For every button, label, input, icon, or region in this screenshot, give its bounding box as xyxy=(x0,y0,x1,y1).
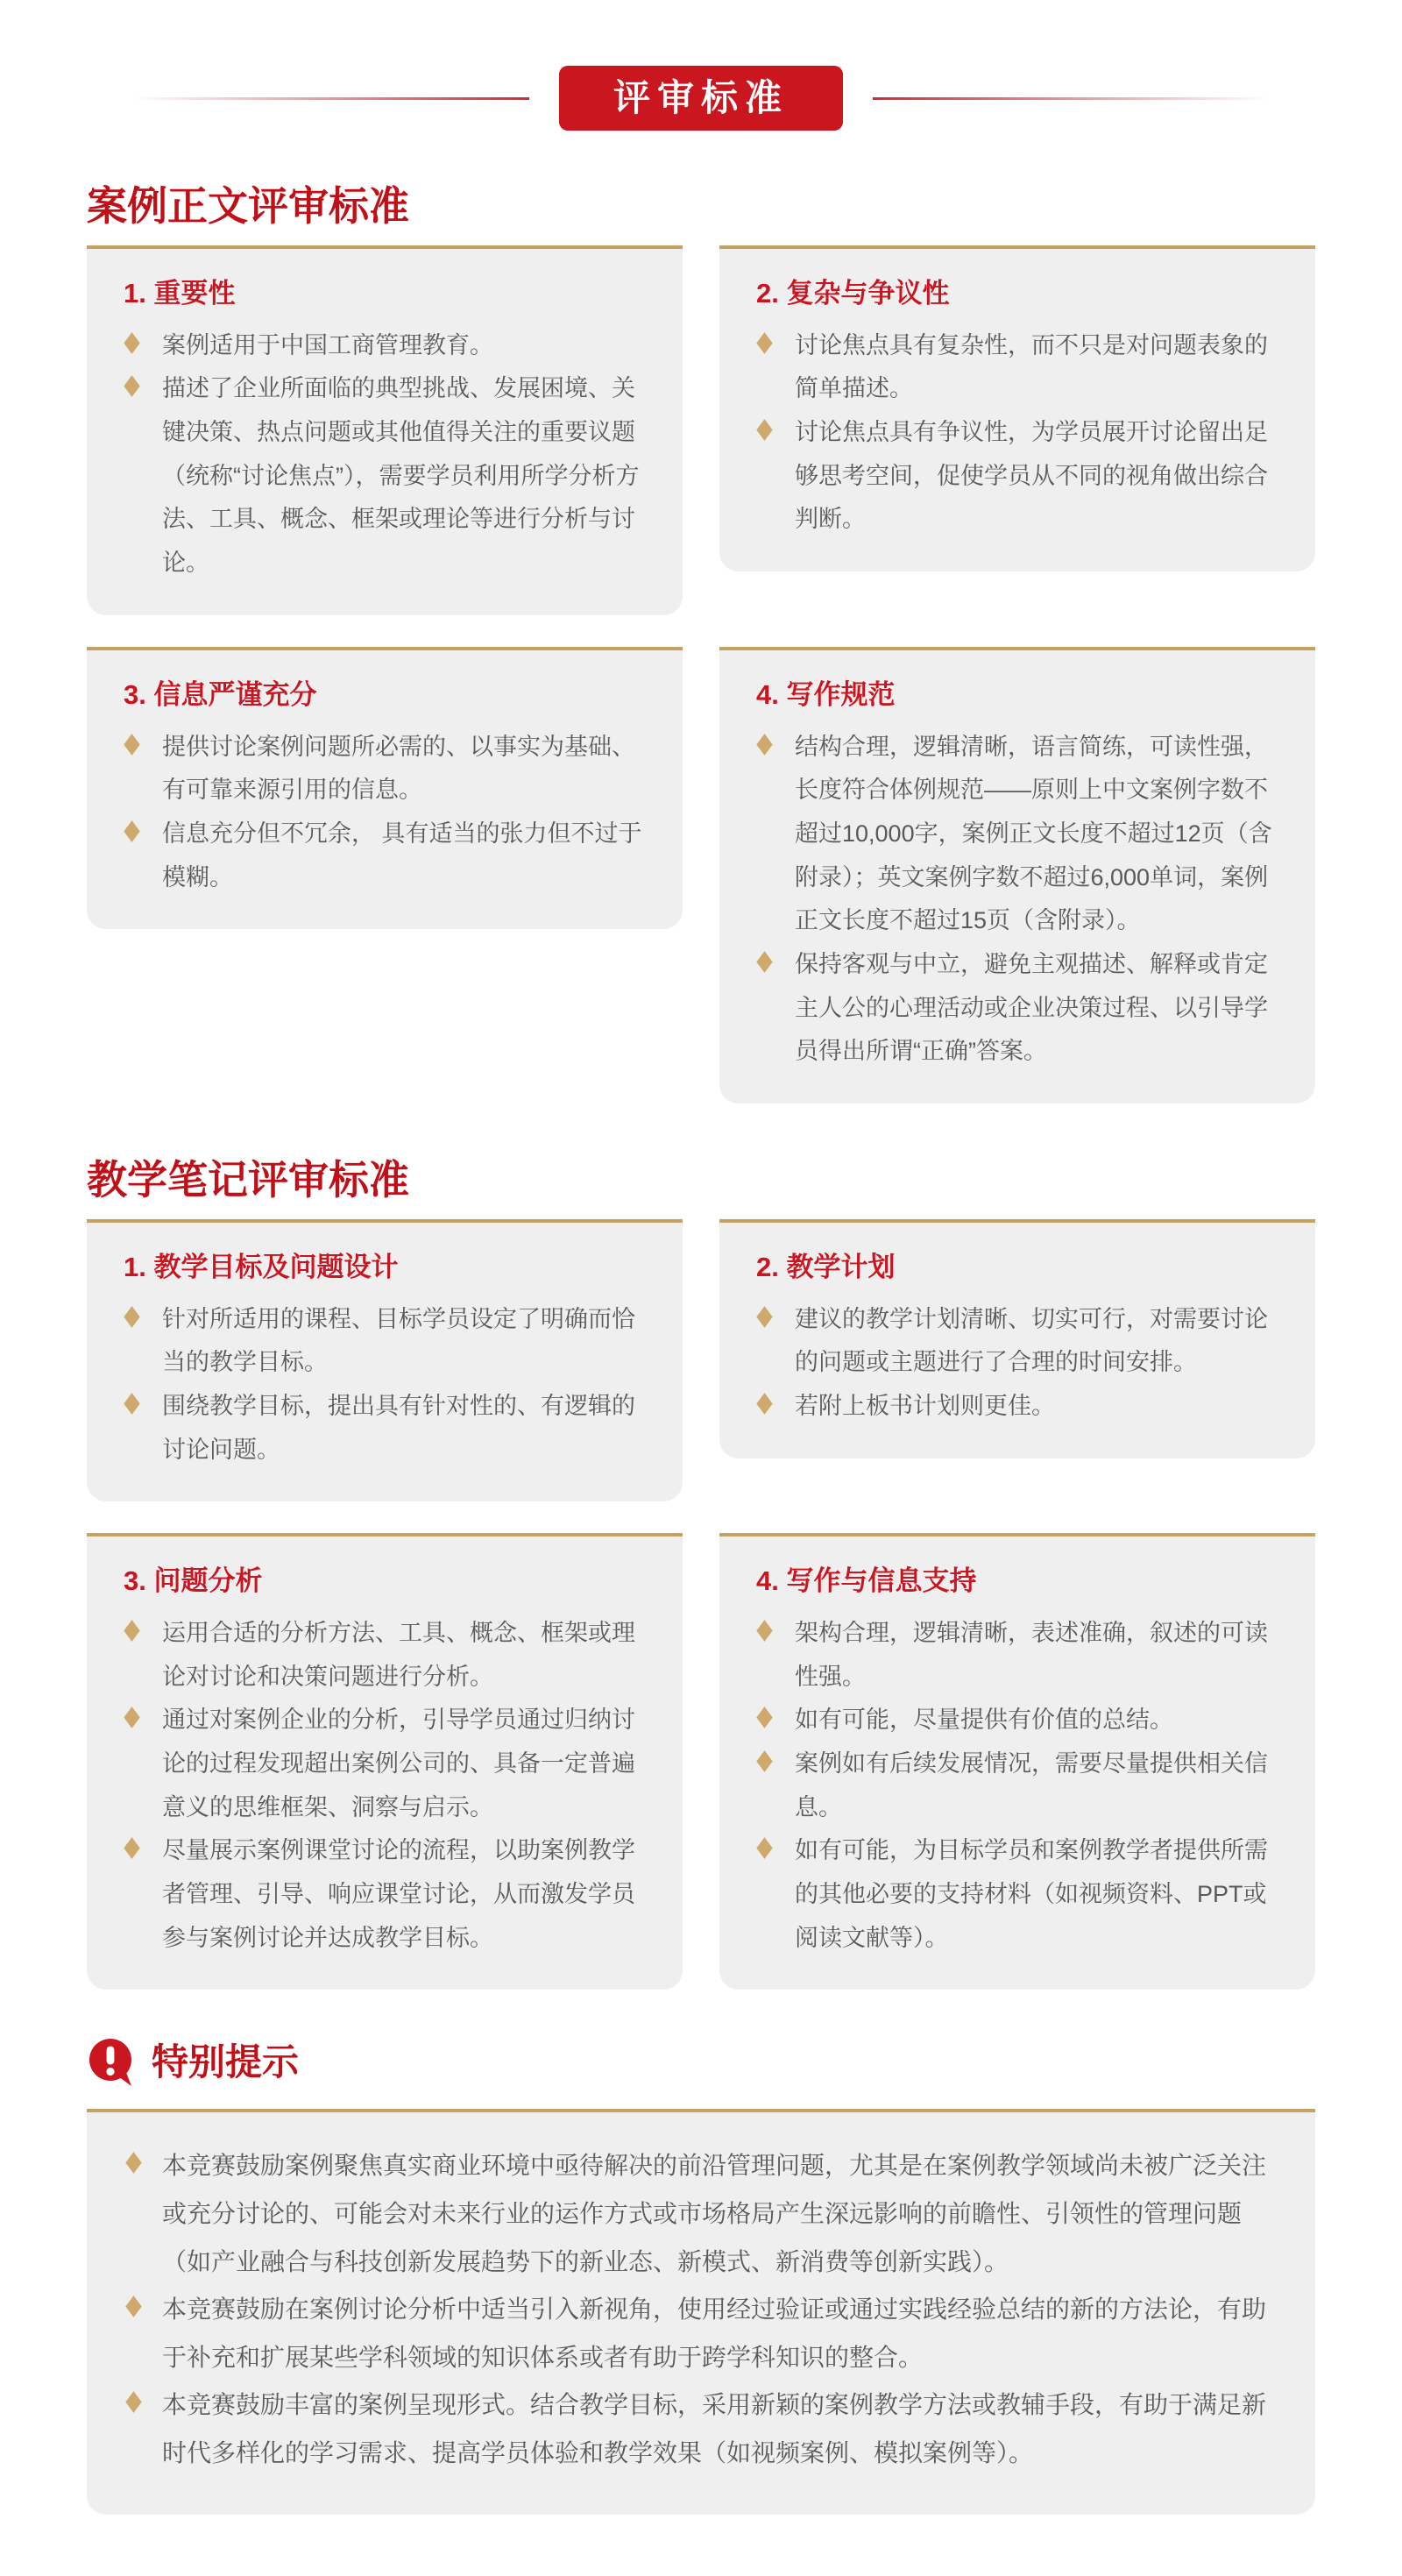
card-title: 2. 复杂与争议性 xyxy=(756,275,1280,312)
diamond-icon xyxy=(756,1393,772,1415)
card-writing-support: 4. 写作与信息支持 架构合理，逻辑清晰，表述准确，叙述的可读性强。 如有可能，… xyxy=(719,1533,1315,1990)
card-problem-analysis: 3. 问题分析 运用合适的分析方法、工具、概念、框架或理论对讨论和决策问题进行分… xyxy=(87,1533,683,1990)
notice-header: 特别提示 xyxy=(87,2037,1315,2088)
bullet-list: 结构合理，逻辑清晰，语言简练，可读性强，长度符合体例规范——原则上中文案例字数不… xyxy=(756,726,1280,1074)
bullet-item: 结构合理，逻辑清晰，语言简练，可读性强，长度符合体例规范——原则上中文案例字数不… xyxy=(756,726,1280,943)
bullet-item: 讨论焦点具有复杂性，而不只是对问题表象的简单描述。 xyxy=(756,324,1280,411)
bullet-item: 通过对案例企业的分析，引导学员通过归纳讨论的过程发现超出案例公司的、具备一定普遍… xyxy=(124,1699,648,1829)
bullet-text: 通过对案例企业的分析，引导学员通过归纳讨论的过程发现超出案例公司的、具备一定普遍… xyxy=(162,1707,635,1820)
diamond-icon xyxy=(124,332,139,354)
bullet-item: 提供讨论案例问题所必需的、以事实为基础、有可靠来源引用的信息。 xyxy=(124,726,648,813)
bullet-item: 针对所适用的课程、目标学员设定了明确而恰当的教学目标。 xyxy=(124,1298,648,1385)
section-case-text: 案例正文评审标准 1. 重要性 案例适用于中国工商管理教育。 描述了企业所面临的… xyxy=(87,181,1315,1103)
bullet-item: 尽量展示案例课堂讨论的流程，以助案例教学者管理、引导、响应课堂讨论，从而激发学员… xyxy=(124,1829,648,1960)
bullet-text: 围绕教学目标，提出具有针对性的、有逻辑的讨论问题。 xyxy=(162,1393,635,1463)
bullet-item: 若附上板书计划则更佳。 xyxy=(756,1385,1280,1429)
card-title: 4. 写作规范 xyxy=(756,677,1280,713)
exclamation-bubble-icon xyxy=(87,2037,136,2088)
banner-line-right xyxy=(873,97,1269,100)
card-writing-standard: 4. 写作规范 结构合理，逻辑清晰，语言简练，可读性强，长度符合体例规范——原则… xyxy=(719,647,1315,1103)
card-complexity: 2. 复杂与争议性 讨论焦点具有复杂性，而不只是对问题表象的简单描述。 讨论焦点… xyxy=(719,245,1315,571)
bullet-text: 结构合理，逻辑清晰，语言简练，可读性强，长度符合体例规范——原则上中文案例字数不… xyxy=(795,734,1272,934)
bullet-item: 围绕教学目标，提出具有针对性的、有逻辑的讨论问题。 xyxy=(124,1385,648,1472)
card-importance: 1. 重要性 案例适用于中国工商管理教育。 描述了企业所面临的典型挑战、发展困境… xyxy=(87,245,683,615)
card-teaching-goal: 1. 教学目标及问题设计 针对所适用的课程、目标学员设定了明确而恰当的教学目标。… xyxy=(87,1219,683,1502)
banner-title-box: 评审标准 xyxy=(559,66,843,131)
card-information: 3. 信息严谨充分 提供讨论案例问题所必需的、以事实为基础、有可靠来源引用的信息… xyxy=(87,647,683,930)
diamond-icon xyxy=(124,1620,139,1642)
diamond-icon xyxy=(125,2296,141,2317)
bullet-text: 本竞赛鼓励在案例讨论分析中适当引入新视角，使用经过验证或通过实践经验总结的新的方… xyxy=(162,2296,1266,2371)
bullet-item: 如有可能，尽量提供有价值的总结。 xyxy=(756,1699,1280,1742)
diamond-icon xyxy=(125,2391,141,2413)
bullet-list: 本竞赛鼓励案例聚焦真实商业环境中亟待解决的前沿管理问题，尤其是在案例教学领域尚未… xyxy=(125,2142,1277,2477)
section-heading: 案例正文评审标准 xyxy=(87,181,1315,233)
bullet-item: 讨论焦点具有争议性，为学员展开讨论留出足够思考空间，促使学员从不同的视角做出综合… xyxy=(756,411,1280,542)
bullet-text: 讨论焦点具有复杂性，而不只是对问题表象的简单描述。 xyxy=(795,332,1268,402)
bullet-item: 建议的教学计划清晰、切实可行，对需要讨论的问题或主题进行了合理的时间安排。 xyxy=(756,1298,1280,1385)
diamond-icon xyxy=(756,1838,772,1860)
notice-title: 特别提示 xyxy=(152,2040,299,2084)
bullet-text: 针对所适用的课程、目标学员设定了明确而恰当的教学目标。 xyxy=(162,1306,635,1376)
card-title: 1. 重要性 xyxy=(124,275,648,312)
diamond-icon xyxy=(124,1707,139,1728)
diamond-icon xyxy=(124,1393,139,1415)
bullet-item: 案例适用于中国工商管理教育。 xyxy=(124,324,648,368)
bullet-text: 如有可能，尽量提供有价值的总结。 xyxy=(795,1707,1173,1733)
bullet-text: 尽量展示案例课堂讨论的流程，以助案例教学者管理、引导、响应课堂讨论，从而激发学员… xyxy=(162,1837,635,1950)
bullet-item: 架构合理，逻辑清晰，表述准确，叙述的可读性强。 xyxy=(756,1612,1280,1699)
bullet-item: 如有可能，为目标学员和案例教学者提供所需的其他必要的支持材料（如视频资料、PPT… xyxy=(756,1829,1280,1960)
card-grid: 1. 教学目标及问题设计 针对所适用的课程、目标学员设定了明确而恰当的教学目标。… xyxy=(87,1219,1315,1991)
bullet-list: 架构合理，逻辑清晰，表述准确，叙述的可读性强。 如有可能，尽量提供有价值的总结。… xyxy=(756,1612,1280,1960)
bullet-text: 案例如有后续发展情况，需要尽量提供相关信息。 xyxy=(795,1750,1268,1820)
diamond-icon xyxy=(124,734,139,756)
section-heading: 教学笔记评审标准 xyxy=(87,1154,1315,1207)
diamond-icon xyxy=(124,820,139,842)
bullet-text: 信息充分但不冗余， 具有适当的张力但不过于模糊。 xyxy=(162,820,642,891)
diamond-icon xyxy=(756,951,772,973)
bullet-item: 本竞赛鼓励在案例讨论分析中适当引入新视角，使用经过验证或通过实践经验总结的新的方… xyxy=(125,2286,1277,2381)
card-title: 4. 写作与信息支持 xyxy=(756,1563,1280,1600)
bullet-list: 案例适用于中国工商管理教育。 描述了企业所面临的典型挑战、发展困境、关键决策、热… xyxy=(124,324,648,585)
bullet-text: 描述了企业所面临的典型挑战、发展困境、关键决策、热点问题或其他值得关注的重要议题… xyxy=(162,375,639,576)
bullet-text: 本竞赛鼓励丰富的案例呈现形式。结合教学目标，采用新颖的案例教学方法或教辅手段，有… xyxy=(162,2391,1266,2466)
diamond-icon xyxy=(756,1620,772,1642)
card-title: 1. 教学目标及问题设计 xyxy=(124,1249,648,1286)
bullet-item: 保持客观与中立，避免主观描述、解释或肯定主人公的心理活动或企业决策过程、以引导学… xyxy=(756,943,1280,1074)
bullet-item: 案例如有后续发展情况，需要尽量提供相关信息。 xyxy=(756,1742,1280,1829)
diamond-icon xyxy=(756,419,772,441)
bullet-list: 针对所适用的课程、目标学员设定了明确而恰当的教学目标。 围绕教学目标，提出具有针… xyxy=(124,1298,648,1473)
bullet-item: 信息充分但不冗余， 具有适当的张力但不过于模糊。 xyxy=(124,813,648,899)
section-teaching-notes: 教学笔记评审标准 1. 教学目标及问题设计 针对所适用的课程、目标学员设定了明确… xyxy=(87,1154,1315,1991)
banner-title: 评审标准 xyxy=(613,77,789,118)
diamond-icon xyxy=(125,2153,141,2175)
diamond-icon xyxy=(124,375,139,397)
bullet-text: 架构合理，逻辑清晰，表述准确，叙述的可读性强。 xyxy=(795,1620,1268,1690)
page: 评审标准 案例正文评审标准 1. 重要性 案例适用于中国工商管理教育。 描述了企… xyxy=(87,0,1315,2576)
card-title: 3. 问题分析 xyxy=(124,1563,648,1600)
bullet-text: 若附上板书计划则更佳。 xyxy=(795,1393,1055,1419)
diamond-icon xyxy=(756,1750,772,1772)
banner: 评审标准 xyxy=(87,56,1315,140)
bullet-list: 建议的教学计划清晰、切实可行，对需要讨论的问题或主题进行了合理的时间安排。 若附… xyxy=(756,1298,1280,1429)
section-special-notice: 特别提示 本竞赛鼓励案例聚焦真实商业环境中亟待解决的前沿管理问题，尤其是在案例教… xyxy=(87,2037,1315,2514)
bullet-text: 案例适用于中国工商管理教育。 xyxy=(162,332,493,358)
diamond-icon xyxy=(124,1306,139,1328)
banner-line-left xyxy=(133,97,529,100)
card-title: 2. 教学计划 xyxy=(756,1249,1280,1286)
bullet-list: 提供讨论案例问题所必需的、以事实为基础、有可靠来源引用的信息。 信息充分但不冗余… xyxy=(124,726,648,900)
bullet-list: 运用合适的分析方法、工具、概念、框架或理论对讨论和决策问题进行分析。 通过对案例… xyxy=(124,1612,648,1960)
diamond-icon xyxy=(756,332,772,354)
diamond-icon xyxy=(124,1838,139,1860)
bullet-text: 提供讨论案例问题所必需的、以事实为基础、有可靠来源引用的信息。 xyxy=(162,734,635,804)
card-grid: 1. 重要性 案例适用于中国工商管理教育。 描述了企业所面临的典型挑战、发展困境… xyxy=(87,245,1315,1103)
diamond-icon xyxy=(756,1306,772,1328)
bullet-text: 运用合适的分析方法、工具、概念、框架或理论对讨论和决策问题进行分析。 xyxy=(162,1620,635,1690)
notice-card: 本竞赛鼓励案例聚焦真实商业环境中亟待解决的前沿管理问题，尤其是在案例教学领域尚未… xyxy=(87,2109,1315,2514)
bullet-text: 保持客观与中立，避免主观描述、解释或肯定主人公的心理活动或企业决策过程、以引导学… xyxy=(795,951,1268,1064)
bullet-list: 讨论焦点具有复杂性，而不只是对问题表象的简单描述。 讨论焦点具有争议性，为学员展… xyxy=(756,324,1280,542)
bullet-text: 本竞赛鼓励案例聚焦真实商业环境中亟待解决的前沿管理问题，尤其是在案例教学领域尚未… xyxy=(162,2152,1266,2274)
card-teaching-plan: 2. 教学计划 建议的教学计划清晰、切实可行，对需要讨论的问题或主题进行了合理的… xyxy=(719,1219,1315,1458)
card-title: 3. 信息严谨充分 xyxy=(124,677,648,713)
diamond-icon xyxy=(756,734,772,756)
bullet-item: 描述了企业所面临的典型挑战、发展困境、关键决策、热点问题或其他值得关注的重要议题… xyxy=(124,367,648,585)
bullet-text: 建议的教学计划清晰、切实可行，对需要讨论的问题或主题进行了合理的时间安排。 xyxy=(795,1306,1268,1376)
bullet-text: 如有可能，为目标学员和案例教学者提供所需的其他必要的支持材料（如视频资料、PPT… xyxy=(795,1837,1268,1950)
diamond-icon xyxy=(756,1707,772,1728)
bullet-text: 讨论焦点具有争议性，为学员展开讨论留出足够思考空间，促使学员从不同的视角做出综合… xyxy=(795,419,1268,532)
bullet-item: 本竞赛鼓励丰富的案例呈现形式。结合教学目标，采用新颖的案例教学方法或教辅手段，有… xyxy=(125,2381,1277,2477)
bullet-item: 本竞赛鼓励案例聚焦真实商业环境中亟待解决的前沿管理问题，尤其是在案例教学领域尚未… xyxy=(125,2142,1277,2286)
bullet-item: 运用合适的分析方法、工具、概念、框架或理论对讨论和决策问题进行分析。 xyxy=(124,1612,648,1699)
